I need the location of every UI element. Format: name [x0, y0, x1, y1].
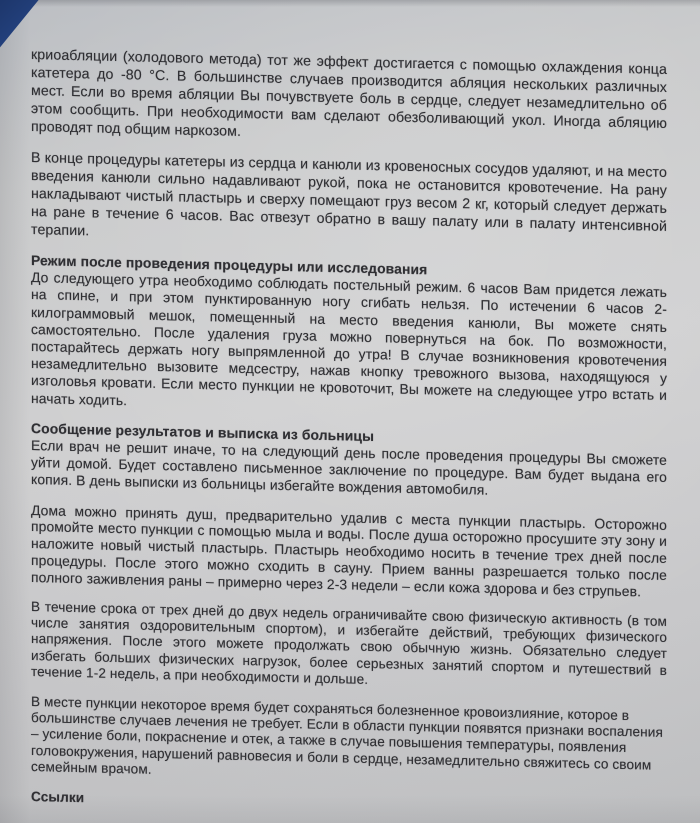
paragraph-bed-rest-rules: До следующего утра необходимо соблюдать …	[31, 269, 667, 422]
paragraph-activity-restrictions: В течение срока от трех дней до двух нед…	[31, 599, 667, 696]
document-photo: криоабляции (холодового метода) тот же э…	[0, 0, 700, 823]
paragraph-ablation-continued: криоабляции (холодового метода) тот же э…	[31, 46, 667, 151]
desk-corner	[0, 0, 41, 51]
paragraph-puncture-site-warning: В месте пункции некоторое время будет со…	[31, 694, 667, 791]
paragraph-procedure-end: В конце процедуры катетеры из сердца и к…	[31, 149, 667, 254]
document-page: криоабляции (холодового метода) тот же э…	[31, 46, 667, 820]
heading-references: Ссылки	[31, 789, 667, 820]
paragraph-home-care: Дома можно принять душ, предварительно у…	[31, 502, 667, 601]
